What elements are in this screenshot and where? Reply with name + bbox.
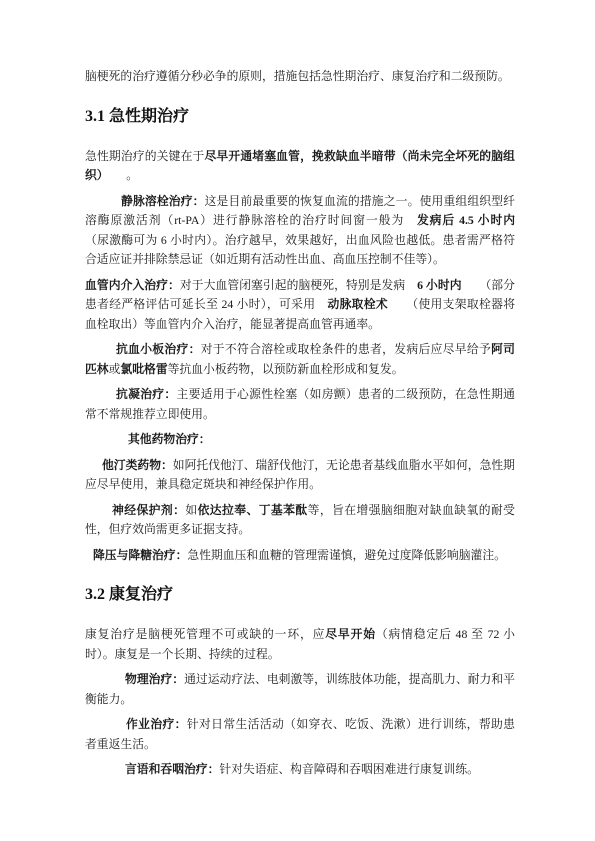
para-physical-therapy: 物理治疗：通过运动疗法、电刺激等，训练肢体功能，提高肌力、耐力和平衡能力。: [85, 670, 515, 709]
para-endovascular-intervention: 血管内介入治疗：对于大血管闭塞引起的脑梗死，特别是发病 6 小时内 （部分患者经…: [85, 276, 515, 335]
term-run: 言语和吞咽治疗：: [125, 762, 219, 776]
text-run: 或: [109, 362, 121, 376]
para-other-medications: 其他药物治疗：: [85, 430, 515, 450]
text-run: 依达拉奉、丁基苯酞: [198, 503, 308, 517]
term-run: 抗凝治疗：: [116, 387, 177, 401]
para-acute-key-point: 急性期治疗的关键在于尽早开通堵塞血管，挽救缺血半暗带（尚未完全坏死的脑组织） 。: [85, 147, 515, 186]
document-page: 脑梗死的治疗遵循分秒必争的原则，措施包括急性期治疗、康复治疗和二级预防。 3.1…: [0, 0, 595, 841]
para-statins: 他汀类药物：如阿托伐他汀、瑞舒伐他汀，无论患者基线血脂水平如何，急性期应尽早使用…: [85, 456, 515, 495]
para-rehab-intro: 康复治疗是脑梗死管理不可或缺的一环，应尽早开始（病情稳定后 48 至 72 小时…: [85, 625, 515, 664]
term-run: 神经保护剂：: [112, 503, 185, 517]
text-run: 脑梗死的治疗遵循分秒必争的原则，措施包括急性期治疗、康复治疗和二级预防。: [85, 69, 510, 83]
term-run: 其他药物治疗：: [128, 432, 211, 446]
text-run: 氯吡格雷: [120, 362, 167, 376]
text-run: 急性期血压和血糖的管理需谨慎，避免过度降低影响脑灌注。: [187, 548, 506, 562]
term-run: 血管内介入治疗：: [85, 278, 180, 292]
para-intravenous-thrombolysis: 静脉溶栓治疗：这是目前最重要的恢复血流的措施之一。使用重组组织型纤溶酶原激活剂（…: [85, 192, 515, 270]
para-intro: 脑梗死的治疗遵循分秒必争的原则，措施包括急性期治疗、康复治疗和二级预防。: [85, 67, 515, 87]
para-occupational-therapy: 作业治疗：针对日常生活活动（如穿衣、吃饭、洗漱）进行训练，帮助患者重返生活。: [85, 715, 515, 754]
term-run: 静脉溶栓治疗：: [121, 194, 205, 208]
text-run: 对于大血管闭塞引起的脑梗死，特别是发病: [180, 278, 417, 292]
term-run: 作业治疗：: [126, 717, 187, 731]
para-neuroprotective: 神经保护剂：如依达拉奉、丁基苯酞等，旨在增强脑细胞对缺血缺氧的耐受性，但疗效尚需…: [85, 501, 515, 540]
para-speech-swallow-therapy: 言语和吞咽治疗：针对失语症、构音障碍和吞咽困难进行康复训练。: [85, 760, 515, 780]
text-run: 。: [103, 168, 138, 182]
term-run: 降压与降糖治疗：: [93, 548, 187, 562]
term-run: 物理治疗：: [125, 672, 184, 686]
text-run: 发病后 4.5 小时内: [417, 213, 515, 227]
text-run: 动脉取栓术: [327, 297, 388, 311]
term-run: 他汀类药物：: [102, 458, 173, 472]
text-run: 尽早开始: [325, 627, 376, 641]
para-antiplatelet: 抗血小板治疗：对于不符合溶栓或取栓条件的患者，发病后应尽早给予阿司匹林或氯吡格雷…: [85, 340, 515, 379]
term-run: 抗血小板治疗：: [116, 342, 201, 356]
text-run: 等抗血小板药物，以预防新血栓形成和复发。: [168, 362, 404, 376]
para-anticoagulation: 抗凝治疗：主要适用于心源性栓塞（如房颤）患者的二级预防，在急性期通常不常规推荐立…: [85, 385, 515, 424]
para-bp-glucose: 降压与降糖治疗：急性期血压和血糖的管理需谨慎，避免过度降低影响脑灌注。: [85, 546, 515, 566]
heading-3-1: 3.1 急性期治疗: [85, 105, 515, 129]
text-run: 针对失语症、构音障碍和吞咽困难进行康复训练。: [219, 762, 479, 776]
text-run: 对于不符合溶栓或取栓条件的患者，发病后应尽早给予: [201, 342, 491, 356]
text-run: 如: [185, 503, 197, 517]
text-run: 6 小时内: [417, 278, 462, 292]
heading-3-2: 3.2 康复治疗: [85, 583, 515, 607]
text-run: 康复治疗是脑梗死管理不可或缺的一环，应: [85, 627, 325, 641]
text-run: 急性期治疗的关键在于: [85, 149, 204, 163]
